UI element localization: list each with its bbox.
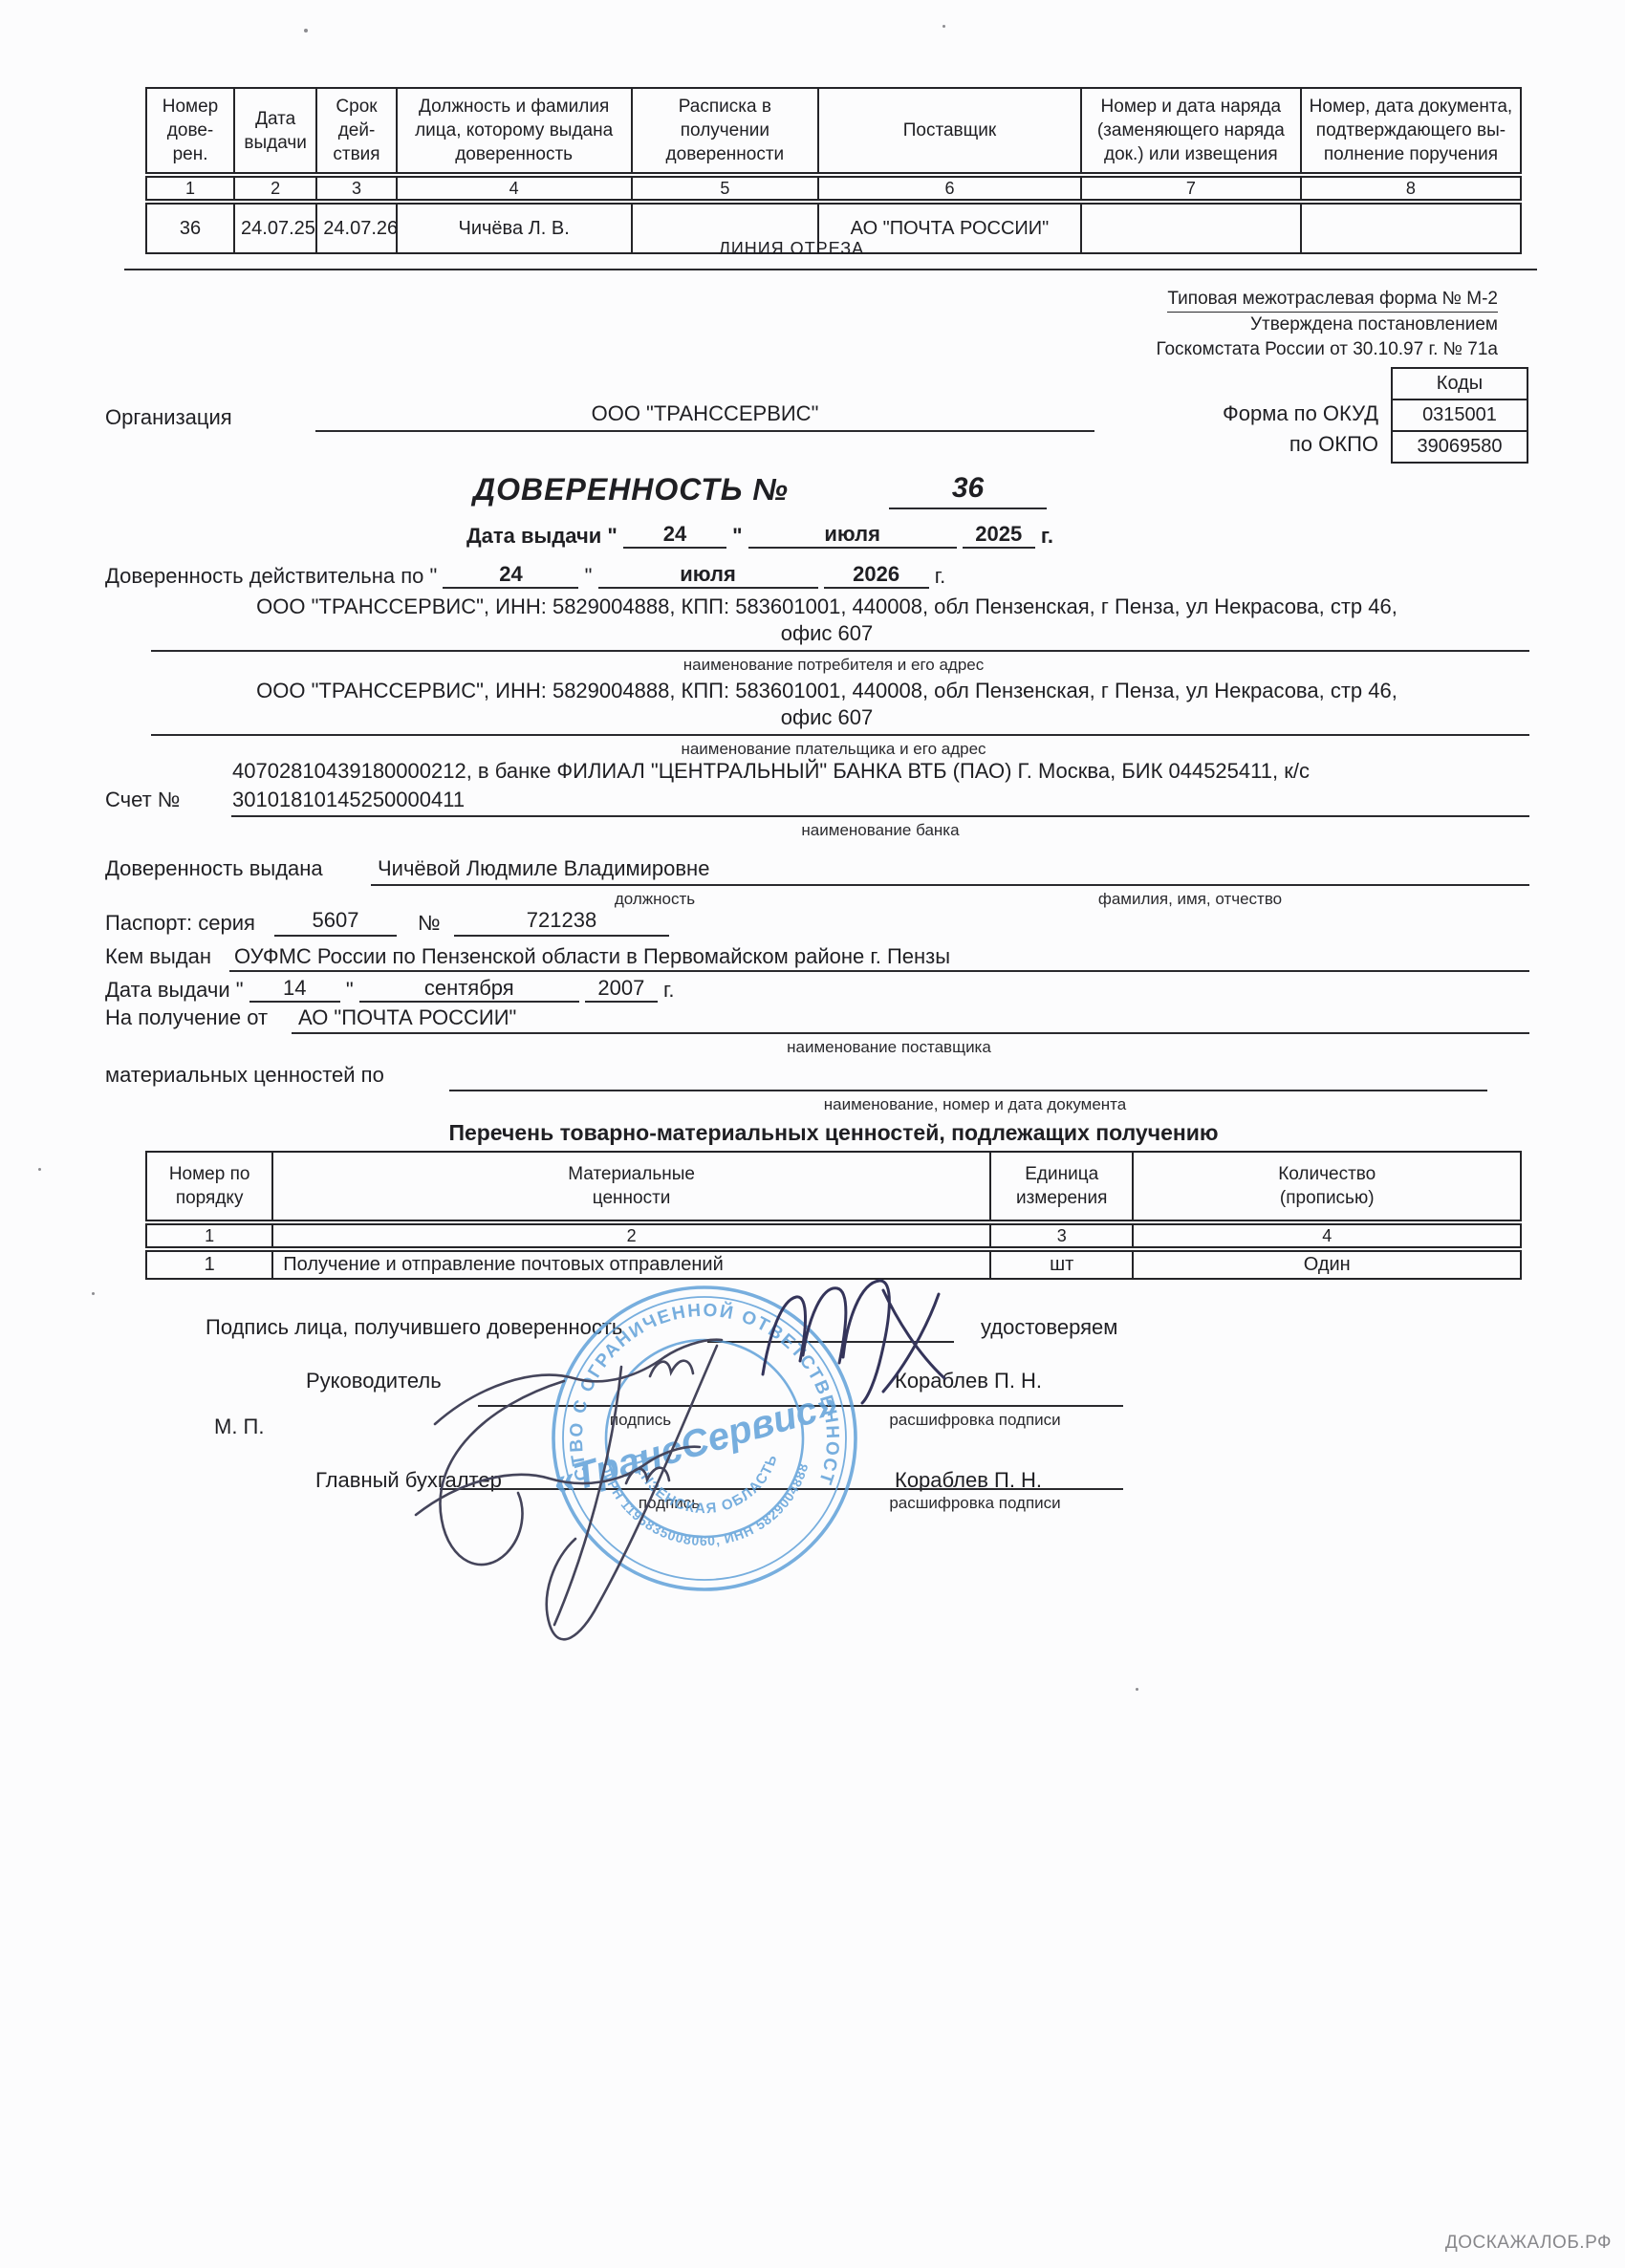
passport-date-quote: ": [346, 978, 354, 1002]
organization-label: Организация: [105, 405, 232, 430]
passport-series: 5607: [274, 908, 397, 937]
scan-speck: [304, 29, 308, 32]
cell-issue-date: 24.07.25: [234, 202, 316, 253]
payer-line1: ООО "ТРАНССЕРВИС", ИНН: 5829004888, КПП:…: [143, 679, 1510, 703]
tear-table-number-row: 1 2 3 4 5 6 7 8: [146, 175, 1521, 202]
receive-from-value: АО "ПОЧТА РОССИИ": [298, 1005, 516, 1030]
document-number: 36: [889, 472, 1047, 509]
payer-caption: наименование плательщика и его адрес: [145, 740, 1522, 759]
col-num: 1: [146, 1222, 272, 1249]
issued-by-value: ОУФМС России по Пензенской области в Пер…: [234, 944, 950, 969]
col-header: Номер по порядку: [146, 1152, 272, 1222]
cell-ordinal: 1: [146, 1249, 272, 1279]
assets-underline: [449, 1090, 1487, 1091]
col-num: 8: [1301, 175, 1521, 202]
issued-to-caption-name: фамилия, имя, отчество: [1042, 890, 1338, 909]
watermark: ДОСКАЖАЛОБ.РФ: [1445, 2233, 1612, 2254]
codes-box: Коды 0315001 39069580: [1391, 367, 1528, 464]
cell-unit: шт: [990, 1249, 1134, 1279]
col-header: Номер, дата документа, подтверждающего в…: [1301, 88, 1521, 175]
col-header: Количество (прописью): [1133, 1152, 1521, 1222]
col-header: Поставщик: [818, 88, 1081, 175]
head-name: Кораблев П. Н.: [895, 1369, 1042, 1393]
cut-line: [124, 269, 1537, 270]
account-label: Счет №: [105, 788, 180, 812]
valid-until-suffix: г.: [935, 564, 945, 588]
cell-person: Чичёва Л. В.: [397, 202, 632, 253]
valid-until-year: 2026: [824, 562, 929, 589]
goods-title: Перечень товарно-материальных ценностей,…: [145, 1120, 1522, 1146]
valid-until-quote: ": [585, 564, 593, 588]
passport-label: Паспорт: серия: [105, 911, 255, 936]
col-num: 3: [316, 175, 396, 202]
col-num: 2: [272, 1222, 990, 1249]
payer-line2: офис 607: [143, 705, 1510, 730]
issue-date-month: июля: [748, 522, 957, 549]
organization-value: ООО "ТРАНССЕРВИС": [315, 401, 1094, 432]
issued-to-caption-position: должность: [535, 890, 774, 909]
scan-speck: [1136, 1688, 1138, 1691]
payer-underline: [151, 734, 1529, 736]
scan-speck: [942, 25, 945, 28]
company-stamp: ОБЩЕСТВО С ОГРАНИЧЕННОЙ ОТВЕТСТВЕННОСТЬЮ…: [532, 1266, 877, 1610]
passport-date-row: Дата выдачи " 14 " сентября 2007 г.: [105, 976, 674, 1003]
issue-date-year: 2025: [963, 522, 1035, 549]
form-approved-line: Утверждена постановлением: [1156, 313, 1498, 337]
issue-date-suffix: г.: [1041, 524, 1053, 548]
goods-table: Номер по порядку Материальные ценности Е…: [145, 1151, 1522, 1280]
tear-off-table: Номер дове- рен. Дата выдачи Срок дей- с…: [145, 87, 1522, 254]
consumer-caption: наименование потребителя и его адрес: [145, 656, 1522, 675]
issue-date-quote: ": [732, 524, 742, 548]
scanned-document-page: Номер дове- рен. Дата выдачи Срок дей- с…: [0, 0, 1625, 2268]
cell-doc: [1301, 202, 1521, 253]
col-num: 3: [990, 1222, 1134, 1249]
col-num: 2: [234, 175, 316, 202]
col-header: Номер и дата наряда (заменяющего наряда …: [1081, 88, 1301, 175]
okpo-label: по ОКПО: [1289, 432, 1378, 457]
passport-date-suffix: г.: [663, 978, 674, 1002]
tear-table-header-row: Номер дове- рен. Дата выдачи Срок дей- с…: [146, 88, 1521, 175]
head-label: Руководитель: [306, 1369, 442, 1393]
passport-number: 721238: [454, 908, 669, 937]
passport-no-label: №: [418, 911, 441, 936]
col-header: Расписка в получении доверенности: [632, 88, 819, 175]
form-info: Типовая межотраслевая форма № М-2 Утверж…: [1156, 287, 1498, 362]
account-underline: [231, 815, 1529, 817]
col-header: Срок дей- ствия: [316, 88, 396, 175]
form-type-line: Типовая межотраслевая форма № М-2: [1167, 287, 1498, 313]
okud-value: 0315001: [1393, 400, 1527, 432]
valid-until-month: июля: [598, 562, 818, 589]
issued-to-underline: [371, 884, 1529, 886]
issue-date-label: Дата выдачи ": [466, 524, 617, 548]
consumer-line1: ООО "ТРАНССЕРВИС", ИНН: 5829004888, КПП:…: [143, 594, 1510, 619]
okpo-value: 39069580: [1393, 432, 1527, 462]
issued-to-label: Доверенность выдана: [105, 856, 323, 881]
passport-date-day: 14: [249, 976, 340, 1003]
cell-valid-date: 24.07.26: [316, 202, 396, 253]
issue-date-day: 24: [623, 522, 726, 549]
goods-header-row: Номер по порядку Материальные ценности Е…: [146, 1152, 1521, 1222]
okud-label: Форма по ОКУД: [1223, 401, 1378, 426]
issue-date-row: Дата выдачи " 24 " июля 2025 г.: [466, 522, 1053, 549]
goods-number-row: 1 2 3 4: [146, 1222, 1521, 1249]
receive-from-label: На получение от: [105, 1005, 268, 1030]
form-goskomstat-line: Госкомстата России от 30.10.97 г. № 71а: [1156, 337, 1498, 362]
valid-until-day: 24: [443, 562, 578, 589]
col-num: 7: [1081, 175, 1301, 202]
col-num: 6: [818, 175, 1081, 202]
col-header: Дата выдачи: [234, 88, 316, 175]
receive-from-underline: [292, 1032, 1529, 1034]
issued-by-underline: [229, 970, 1529, 972]
receive-from-caption: наименование поставщика: [650, 1038, 1128, 1057]
cell-number: 36: [146, 202, 234, 253]
col-header: Должность и фамилия лица, которому выдан…: [397, 88, 632, 175]
assets-caption: наименование, номер и дата документа: [731, 1095, 1219, 1114]
consumer-line2: офис 607: [143, 621, 1510, 646]
passport-date-year: 2007: [585, 976, 658, 1003]
col-num: 4: [1133, 1222, 1521, 1249]
col-header: Номер дове- рен.: [146, 88, 234, 175]
accountant-name-caption: расшифровка подписи: [856, 1494, 1094, 1513]
valid-until-row: Доверенность действительна по " 24 " июл…: [105, 562, 945, 589]
col-num: 1: [146, 175, 234, 202]
stamp-place-label: М. П.: [214, 1415, 264, 1439]
issued-by-label: Кем выдан: [105, 944, 211, 969]
account-line2: 30101810145250000411: [232, 788, 465, 812]
certify-label: удостоверяем: [981, 1315, 1117, 1340]
scan-speck: [38, 1168, 41, 1171]
assets-label: материальных ценностей по: [105, 1063, 384, 1088]
scan-speck: [92, 1292, 95, 1295]
cell-quantity: Один: [1133, 1249, 1521, 1279]
col-header: Материальные ценности: [272, 1152, 990, 1222]
head-name-caption: расшифровка подписи: [856, 1411, 1094, 1430]
col-num: 4: [397, 175, 632, 202]
col-header: Единица измерения: [990, 1152, 1134, 1222]
accountant-name: Кораблев П. Н.: [895, 1468, 1042, 1493]
issued-to-value: Чичёвой Людмиле Владимировне: [378, 856, 709, 881]
valid-until-label: Доверенность действительна по ": [105, 564, 437, 588]
document-title: ДОВЕРЕННОСТЬ №: [382, 472, 879, 508]
account-caption: наименование банка: [231, 821, 1529, 840]
passport-date-label: Дата выдачи ": [105, 978, 244, 1002]
col-num: 5: [632, 175, 819, 202]
passport-date-month: сентября: [359, 976, 579, 1003]
consumer-underline: [151, 650, 1529, 652]
account-line1: 40702810439180000212, в банке ФИЛИАЛ "ЦЕ…: [232, 759, 1532, 784]
cell-order: [1081, 202, 1301, 253]
codes-title: Коды: [1393, 369, 1527, 400]
cut-line-label: ЛИНИЯ ОТРЕЗА: [719, 239, 864, 259]
